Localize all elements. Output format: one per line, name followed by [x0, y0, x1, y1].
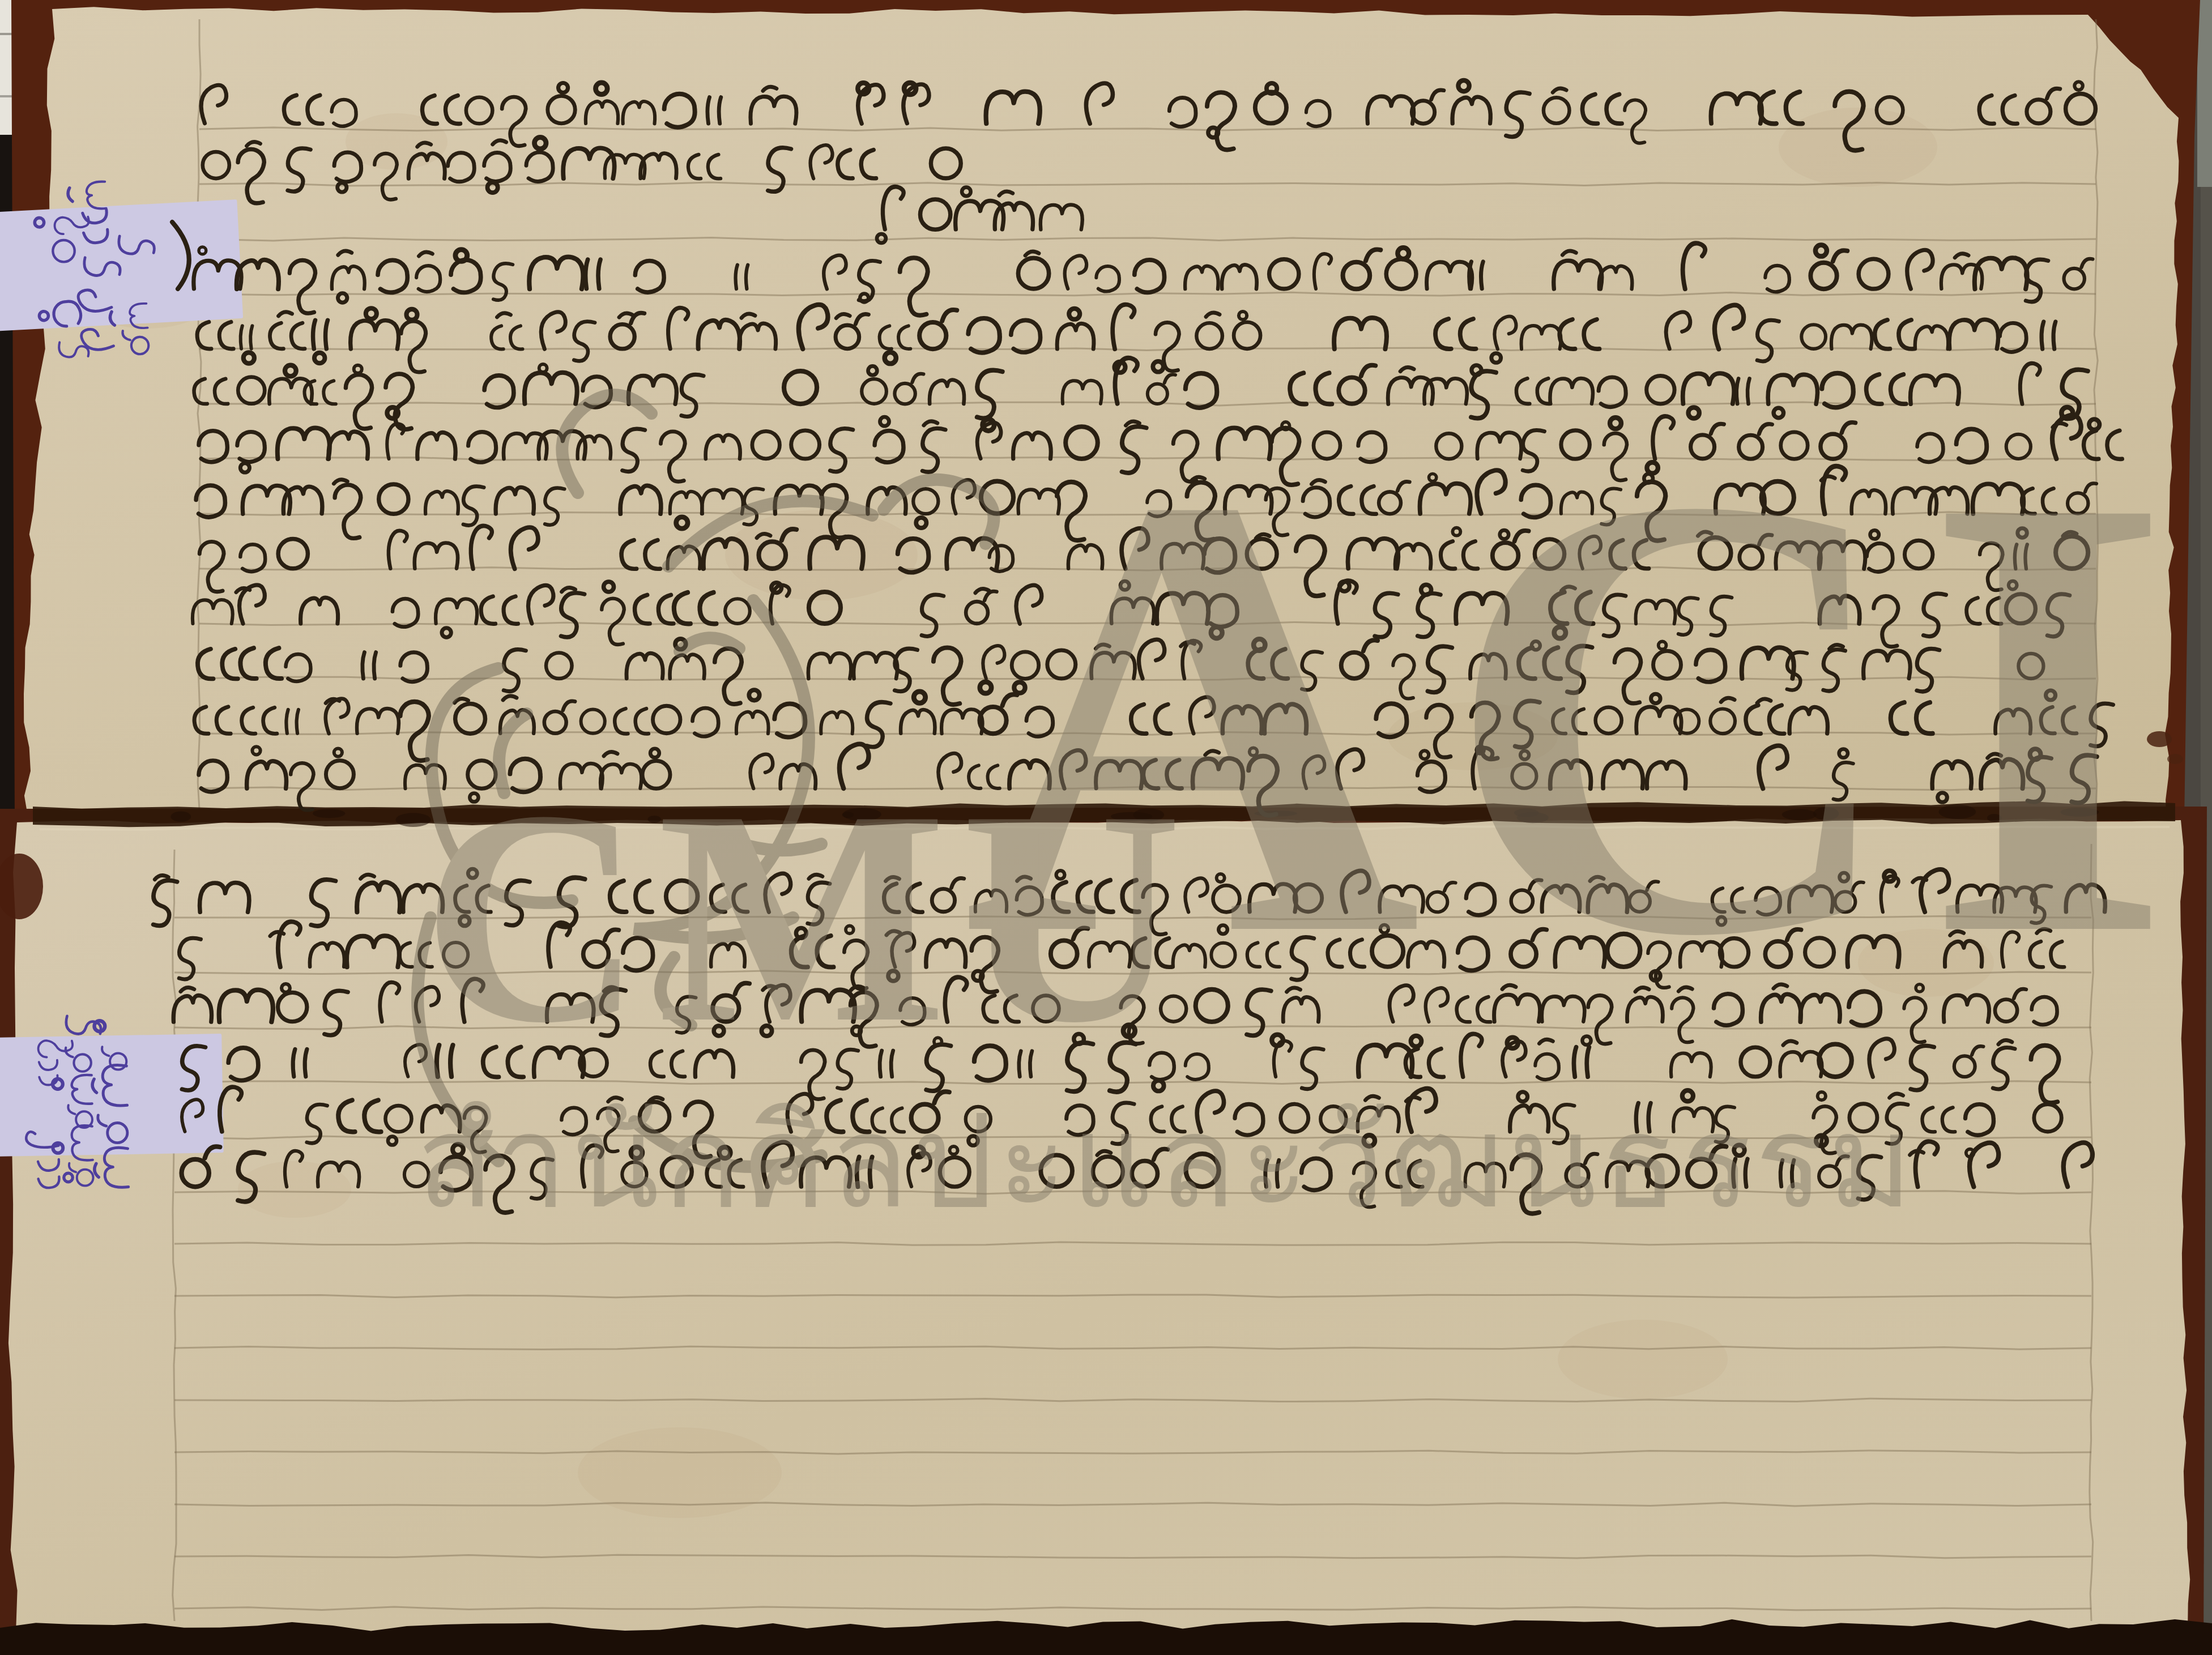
seam-spot: [1987, 814, 2001, 822]
seam-spot: [1813, 807, 1839, 820]
seam-spot: [1111, 812, 1152, 821]
lower-leaf: [0, 807, 2212, 1655]
seam-spot: [648, 816, 661, 823]
seam-spot: [1938, 805, 1976, 819]
paper-stain: [1558, 1320, 1728, 1399]
edge-spot: [2147, 731, 2172, 747]
seam-spot: [313, 809, 345, 818]
seam-spot: [395, 813, 431, 827]
manuscript-photo: ACI CMU สำนักศิลปะและวัฒนธรรม: [0, 0, 2212, 1655]
seam-spot: [1517, 812, 1549, 823]
seam-spot: [2060, 808, 2099, 817]
edge-spot: [2167, 754, 2183, 764]
archival-label-2-paper: [0, 1034, 224, 1157]
seam-spot: [171, 812, 191, 822]
manuscript-pages: [0, 0, 2212, 1655]
seam-spot: [842, 812, 853, 817]
seam-spot: [1782, 809, 1817, 821]
lower-leaf-paper: [8, 818, 2190, 1634]
